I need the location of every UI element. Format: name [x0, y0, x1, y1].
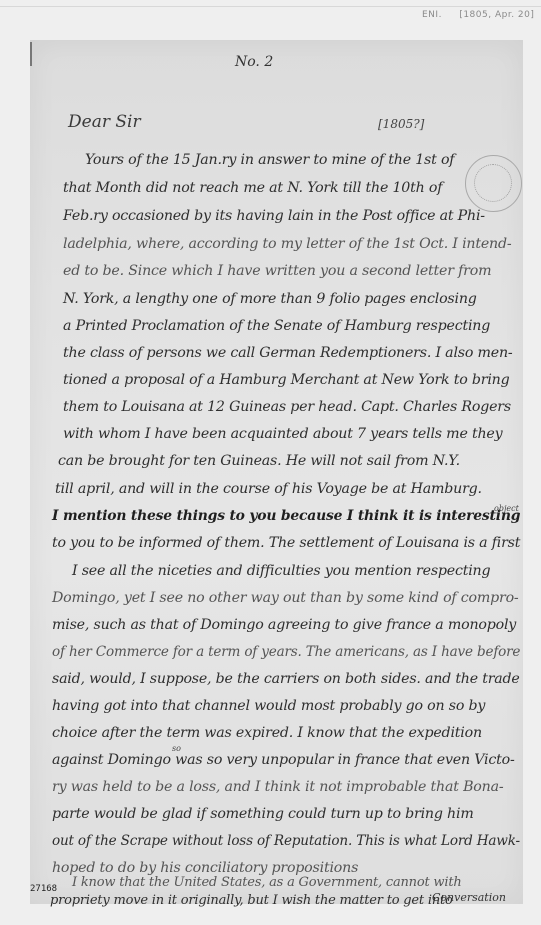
folio-number: 27168 [30, 884, 57, 894]
letter-line: to you to be informed of them. The settl… [52, 535, 520, 551]
letter-line: that Month did not reach me at N. York t… [63, 180, 442, 196]
letter-line: Feb.ry occasioned by its having lain in … [63, 208, 485, 224]
letter-line: ed to be. Since which I have written you… [63, 263, 491, 279]
letter-line: choice after the term was expired. I kno… [52, 725, 482, 741]
interlinear-insert: object [494, 504, 519, 513]
letter-line: N. York, a lengthy one of more than 9 fo… [63, 291, 477, 307]
letter-line: I mention these things to you because I … [52, 508, 520, 524]
letter-line: can be brought for ten Guineas. He will … [58, 453, 460, 469]
letter-line: with whom I have been acquainted about 7… [63, 426, 502, 442]
letter-line: Yours of the 15 Jan.ry in answer to mine… [85, 152, 454, 168]
letter-line: mise, such as that of Domingo agreeing t… [52, 617, 516, 633]
letter-line: hoped to do by his conciliatory proposit… [52, 860, 358, 876]
letter-line: them to Louisana at 12 Guineas per head.… [63, 399, 511, 415]
letter-line: Domingo, yet I see no other way out than… [52, 590, 519, 606]
letter-line: said, would, I suppose, be the carriers … [52, 671, 520, 687]
letter-line: till april, and will in the course of hi… [55, 481, 482, 497]
letter-line-continued: I know that the United States, as a Gove… [72, 875, 462, 890]
letter-line: ladelphia, where, according to my letter… [63, 236, 511, 252]
letter-line: ry was held to be a loss, and I think it… [52, 779, 503, 795]
letter-line: having got into that channel would most … [52, 698, 485, 714]
letter-line: the class of persons we call German Rede… [63, 345, 513, 361]
letter-line: out of the Scrape without loss of Reputa… [52, 833, 520, 849]
letter-line-final: propriety move in it originally, but I w… [50, 893, 453, 908]
letter-line: tioned a proposal of a Hamburg Merchant … [63, 372, 510, 388]
interlinear-insert: so [172, 744, 181, 753]
letter-line: a Printed Proclamation of the Senate of … [63, 318, 490, 334]
letter-line: against Domingo was so very unpopular in… [52, 752, 515, 768]
letter-line: I see all the niceties and difficulties … [72, 563, 490, 579]
letter-body: Yours of the 15 Jan.ry in answer to mine… [0, 0, 541, 925]
letter-line: parte would be glad if something could t… [52, 806, 474, 822]
letter-line: of her Commerce for a term of years. The… [52, 644, 520, 660]
catchword: Conversation [432, 891, 506, 904]
